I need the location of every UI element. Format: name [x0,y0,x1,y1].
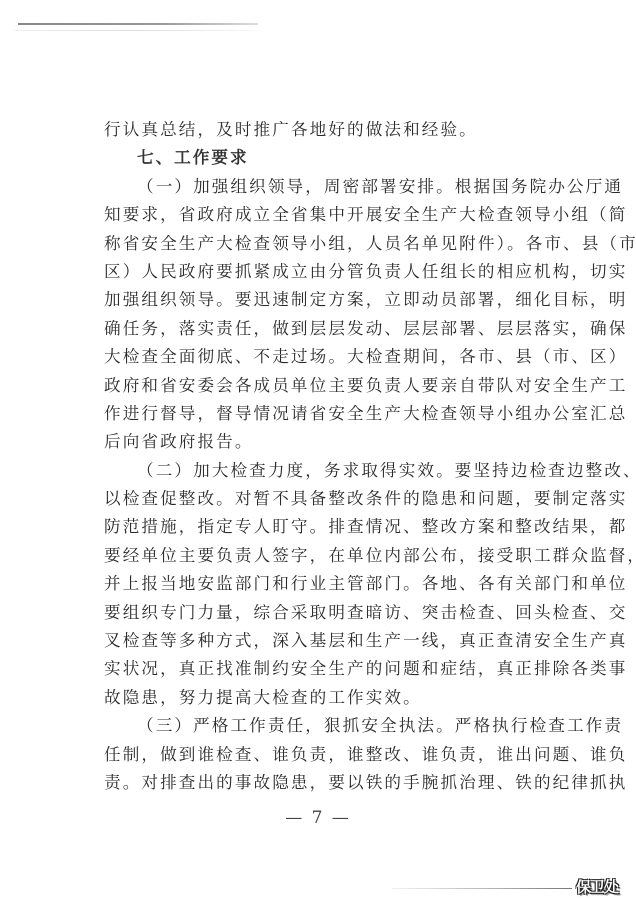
paragraph-line: 后向省政府报告。 [104,428,566,456]
paragraph-line: 大检查全面彻底、不走过场。大检查期间，各市、县（市、区） [104,343,566,371]
paragraph-line: 并上报当地安监部门和行业主管部门。各地、各有关部门和单位 [104,570,566,598]
paragraph-line: 防范措施，指定专人盯守。排查情况、整改方案和整改结果，都 [104,513,566,541]
document-body: 行认真总结，及时推广各地好的做法和经验。 七、工作要求 （一）加强组织领导，周密… [104,116,566,797]
paragraph-line: 要组织专门力量，综合采取明查暗访、突击检查、回头检查、交 [104,599,566,627]
paragraph-line: 行认真总结，及时推广各地好的做法和经验。 [104,116,566,144]
paragraph-line: 政府和省安委会各成员单位主要负责人要亲自带队对安全生产工 [104,372,566,400]
section-heading: 七、工作要求 [104,144,566,172]
paragraph-line: 知要求，省政府成立全省集中开展安全生产大检查领导小组（简 [104,201,566,229]
paragraph-line: 要经单位主要负责人签字，在单位内部公布，接受职工群众监督， [104,542,566,570]
paragraph-line: 故隐患，努力提高大检查的工作实效。 [104,684,566,712]
paragraph-line: 加强组织领导。要迅速制定方案，立即动员部署，细化目标，明 [104,286,566,314]
paragraph-line: 实状况，真正找准制约安全生产的问题和症结，真正排除各类事 [104,655,566,683]
watermark-stamp: 保卫处 [576,876,618,897]
header-rule-faint [14,30,254,31]
paragraph-line: （二）加大检查力度，务求取得实效。要坚持边检查边整改、 [104,457,566,485]
paragraph-line: 称省安全生产大检查领导小组，人员名单见附件）。各市、县（市、 [104,230,566,258]
paragraph-line: 作进行督导，督导情况请省安全生产大检查领导小组办公室汇总 [104,400,566,428]
paragraph-line: 以检查促整改。对暂不具备整改条件的隐患和问题，要制定落实 [104,485,566,513]
paragraph-line: 责。对排查出的事故隐患，要以铁的手腕抓治理、铁的纪律抓执 [104,769,566,797]
paragraph-line: 确任务，落实责任，做到层层发动、层层部署、层层落实，确保 [104,315,566,343]
paragraph-line: 叉检查等多种方式，深入基层和生产一线，真正查清安全生产真 [104,627,566,655]
paragraph-line: （一）加强组织领导，周密部署安排。根据国务院办公厅通 [104,173,566,201]
paragraph-line: 区）人民政府要抓紧成立由分管负责人任组长的相应机构，切实 [104,258,566,286]
footer-rule [392,888,572,889]
paragraph-line: （三）严格工作责任，狠抓安全执法。严格执行检查工作责 [104,712,566,740]
paragraph-line: 任制，做到谁检查、谁负责，谁整改、谁负责，谁出问题、谁负 [104,741,566,769]
header-rule [18,23,258,25]
page-number: — 7 — [0,808,636,828]
